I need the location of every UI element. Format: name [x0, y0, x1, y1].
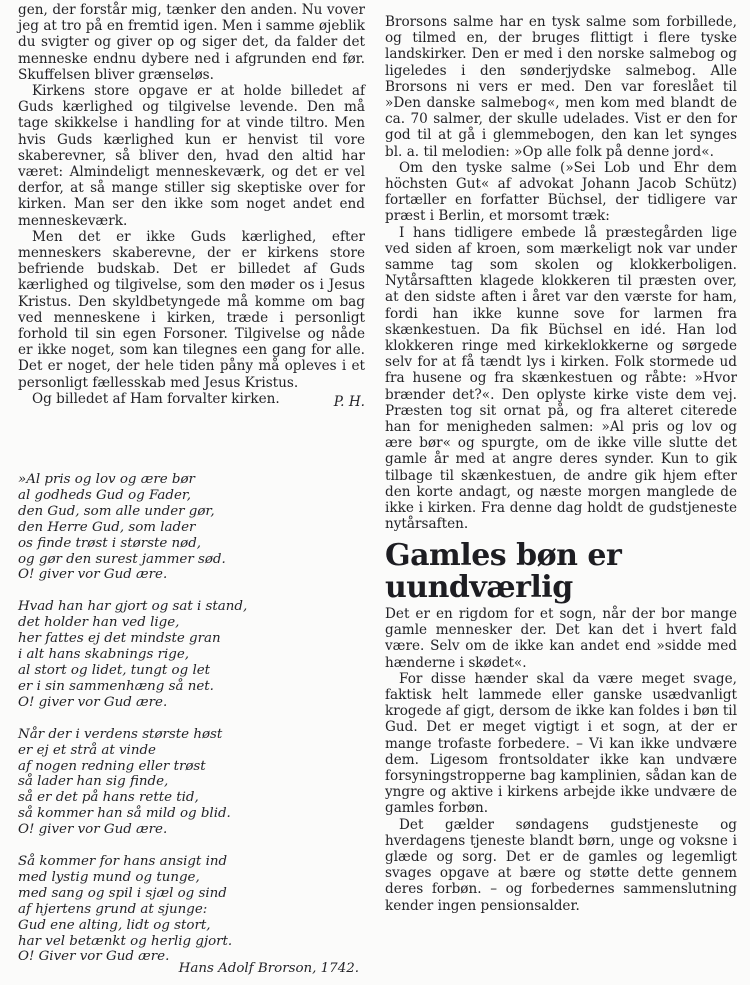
history-anecdote: I hans tidligere embede lå præstegården … [385, 225, 737, 533]
poem-refrain: O! giver vor Gud ære. [18, 695, 365, 711]
hymn-history-text: Brorsons salme har en tysk salme som for… [385, 14, 737, 533]
essay-continuation: gen, der forstår mig, tænker den anden. … [18, 2, 365, 407]
poem-line: har vel betænkt og herlig gjort. [18, 934, 365, 950]
article-paragraph: Det er en rigdom for et sogn, når der bo… [385, 606, 737, 671]
hymn-stanza-4: Så kommer for hans ansigt ind med lystig… [18, 854, 365, 965]
poem-refrain: O! giver vor Gud ære. [18, 822, 365, 838]
essay-paragraph: Kirkens store opgave er at holde billede… [18, 83, 365, 229]
article-paragraph: Det gælder søndagens gudstjeneste og hve… [385, 817, 737, 914]
author-signature: P. H. [334, 394, 365, 410]
essay-closing-line: Og billedet af Ham forvalter kirken. [18, 391, 365, 407]
poem-line: Så kommer for hans ansigt ind [18, 854, 365, 870]
hymn-poem: »Al pris og lov og ære bør al godheds Gu… [18, 472, 365, 981]
poem-line: så lader han sig finde, [18, 774, 365, 790]
essay-paragraph: Men det er ikke Guds kærlighed, efter me… [18, 229, 365, 391]
poem-credit: Hans Adolf Brorson, 1742. [179, 961, 359, 976]
poem-line: os finde trøst i største nød, [18, 536, 365, 552]
poem-line: af hjertens grund at sjunge: [18, 902, 365, 918]
hymn-stanza-2: Hvad han har gjort og sat i stand, det h… [18, 599, 365, 710]
history-paragraph: Brorsons salme har en tysk salme som for… [385, 14, 737, 160]
poem-line: al godheds Gud og Fader, [18, 488, 365, 504]
poem-refrain: O! giver vor Gud ære. [18, 567, 365, 583]
document-page: gen, der forstår mig, tænker den anden. … [0, 0, 750, 985]
essay-paragraph: gen, der forstår mig, tænker den anden. … [18, 2, 365, 83]
poem-line: så kommer han så mild og blid. [18, 806, 365, 822]
poem-line: med sang og spil i sjæl og sind [18, 886, 365, 902]
poem-line: så er det på hans rette tid, [18, 790, 365, 806]
poem-line: Hvad han har gjort og sat i stand, [18, 599, 365, 615]
poem-line: Når der i verdens største høst [18, 727, 365, 743]
poem-line: her fattes ej det mindste gran [18, 631, 365, 647]
poem-line: er ej et strå at vinde [18, 743, 365, 759]
poem-line: Gud ene alting, lidt og stort, [18, 918, 365, 934]
poem-line: i alt hans skabnings rige, [18, 647, 365, 663]
poem-line: og gør den surest jammer sød. [18, 552, 365, 568]
poem-line: med lystig mund og tunge, [18, 870, 365, 886]
poem-line: er i sin sammenhæng så net. [18, 679, 365, 695]
hymn-stanza-1: »Al pris og lov og ære bør al godheds Gu… [18, 472, 365, 583]
history-paragraph: Om den tyske salme (»Sei Lob und Ehr dem… [385, 160, 737, 225]
article-body: Det er en rigdom for et sogn, når der bo… [385, 606, 737, 914]
poem-line: »Al pris og lov og ære bør [18, 472, 365, 488]
poem-line: den Gud, som alle under gør, [18, 504, 365, 520]
article-heading-line-1: Gamles bøn er [385, 538, 621, 573]
article-heading-line-2: uundværlig [385, 570, 573, 605]
poem-line: den Herre Gud, som lader [18, 520, 365, 536]
article-paragraph: For disse hænder skal da være meget svag… [385, 671, 737, 817]
poem-line: al stort og lidet, tungt og let [18, 663, 365, 679]
hymn-stanza-3: Når der i verdens største høst er ej et … [18, 727, 365, 838]
poem-line: det holder han ved lige, [18, 615, 365, 631]
article-heading: Gamles bøn er uundværlig [385, 540, 737, 604]
poem-line: af nogen redning eller trøst [18, 759, 365, 775]
